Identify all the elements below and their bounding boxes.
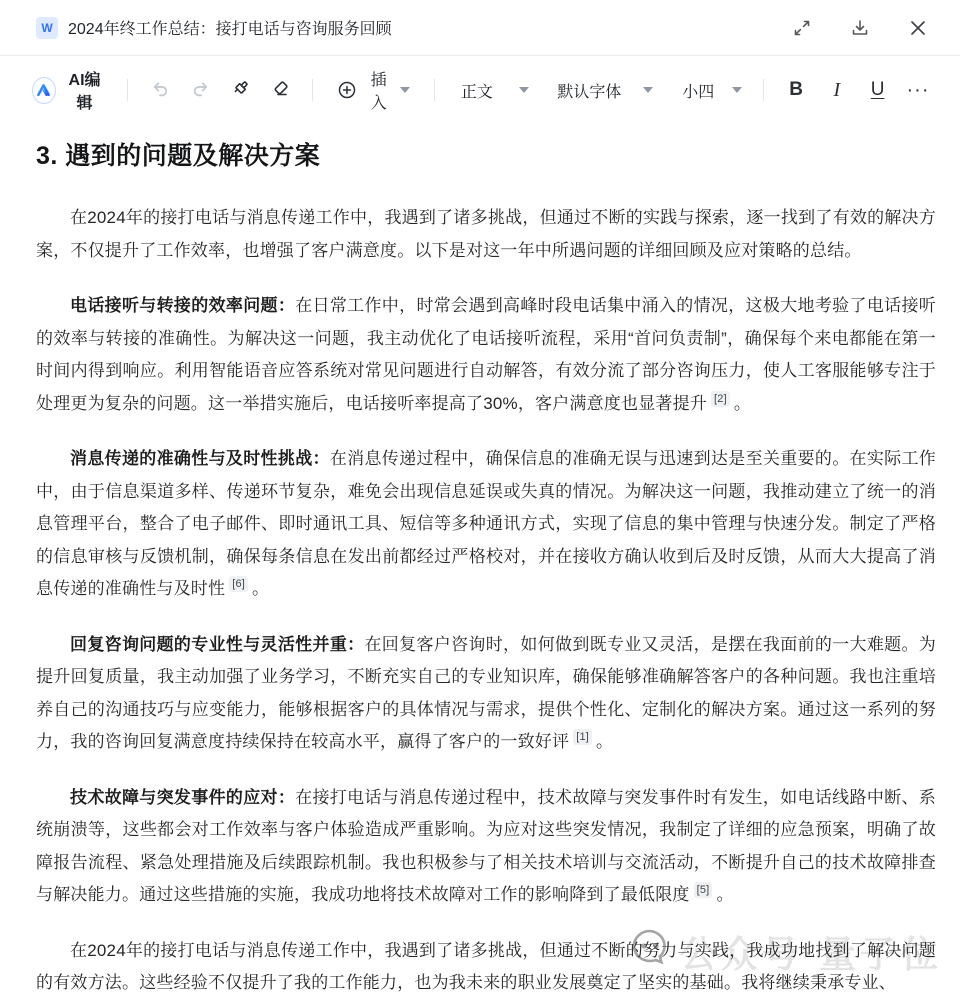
ai-logo-icon (32, 77, 56, 104)
chevron-down-icon (732, 87, 742, 93)
toolbar-divider (763, 79, 764, 101)
titlebar-left: W 2024年终工作总结：接打电话与咨询服务回顾 (36, 16, 392, 39)
citation-badge[interactable]: [1] (573, 729, 592, 745)
paragraph: 在2024年的接打电话与消息传递工作中，我遇到了诸多挑战，但通过不断的实践与探索… (36, 202, 936, 267)
redo-button[interactable] (182, 72, 218, 108)
font-size-dropdown[interactable]: 小四 (676, 72, 749, 108)
citation-badge[interactable]: [5] (694, 882, 713, 898)
paragraph-lead: 技术故障与突发事件的应对： (70, 788, 295, 807)
insert-plus-icon (337, 80, 357, 100)
document-title: 2024年终工作总结：接打电话与咨询服务回顾 (68, 16, 392, 39)
paragraph: 在2024年的接打电话与消息传递工作中，我遇到了诸多挑战，但通过不断的努力与实践… (36, 935, 936, 997)
fullscreen-button[interactable] (790, 16, 814, 40)
italic-button[interactable]: I (819, 72, 856, 108)
download-icon (850, 18, 870, 38)
insert-button[interactable]: 插入 (327, 72, 419, 108)
ai-edit-button[interactable]: AI编辑 (30, 72, 113, 108)
ai-edit-label: AI编辑 (64, 67, 106, 113)
chevron-down-icon (400, 87, 410, 93)
paragraph-lead: 消息传递的准确性与及时性挑战： (70, 449, 330, 468)
close-icon (908, 18, 928, 38)
format-painter-icon (229, 78, 251, 103)
chevron-down-icon (519, 87, 529, 93)
font-size-value: 小四 (682, 79, 722, 102)
toolbar-divider (127, 79, 128, 101)
titlebar-actions (790, 16, 930, 40)
toolbar: AI编辑 (0, 56, 960, 124)
toolbar-divider (434, 79, 435, 101)
citation-badge[interactable]: [2] (711, 391, 730, 407)
undo-icon (150, 78, 171, 102)
document-area[interactable]: 3. 遇到的问题及解决方案 在2024年的接打电话与消息传递工作中，我遇到了诸多… (0, 124, 960, 997)
word-doc-icon: W (36, 17, 58, 39)
eraser-icon (269, 78, 291, 103)
chevron-down-icon (643, 87, 653, 93)
eraser-button[interactable] (262, 72, 298, 108)
fullscreen-icon (792, 18, 812, 38)
paragraph-lead: 回复咨询问题的专业性与灵活性并重： (70, 635, 364, 654)
font-family-value: 默认字体 (557, 79, 633, 102)
underline-button[interactable]: U (859, 72, 896, 108)
download-button[interactable] (848, 16, 872, 40)
insert-label: 插入 (367, 67, 389, 113)
paragraph: 电话接听与转接的效率问题：在日常工作中，时常会遇到高峰时段电话集中涌入的情况，这… (36, 290, 936, 420)
font-family-dropdown[interactable]: 默认字体 (553, 72, 658, 108)
paragraph: 回复咨询问题的专业性与灵活性并重：在回复客户咨询时，如何做到既专业又灵活，是摆在… (36, 629, 936, 759)
titlebar: W 2024年终工作总结：接打电话与咨询服务回顾 (0, 0, 960, 56)
toolbar-divider (312, 79, 313, 101)
paragraph-lead: 电话接听与转接的效率问题： (70, 296, 295, 315)
more-options-button[interactable]: ··· (900, 72, 936, 108)
redo-icon (190, 78, 211, 102)
format-painter-button[interactable] (222, 72, 258, 108)
section-heading: 3. 遇到的问题及解决方案 (36, 136, 936, 172)
bold-button[interactable]: B (778, 72, 815, 108)
paragraph: 消息传递的准确性与及时性挑战：在消息传递过程中，确保信息的准确无误与迅速到达是至… (36, 443, 936, 606)
paragraph-style-dropdown[interactable]: 正文 (455, 72, 535, 108)
document-body: 在2024年的接打电话与消息传递工作中，我遇到了诸多挑战，但通过不断的实践与探索… (36, 202, 936, 997)
citation-badge[interactable]: [6] (229, 576, 248, 592)
close-button[interactable] (906, 16, 930, 40)
paragraph-style-value: 正文 (461, 79, 509, 102)
undo-button[interactable] (142, 72, 178, 108)
paragraph: 技术故障与突发事件的应对：在接打电话与消息传递过程中，技术故障与突发事件时有发生… (36, 782, 936, 912)
